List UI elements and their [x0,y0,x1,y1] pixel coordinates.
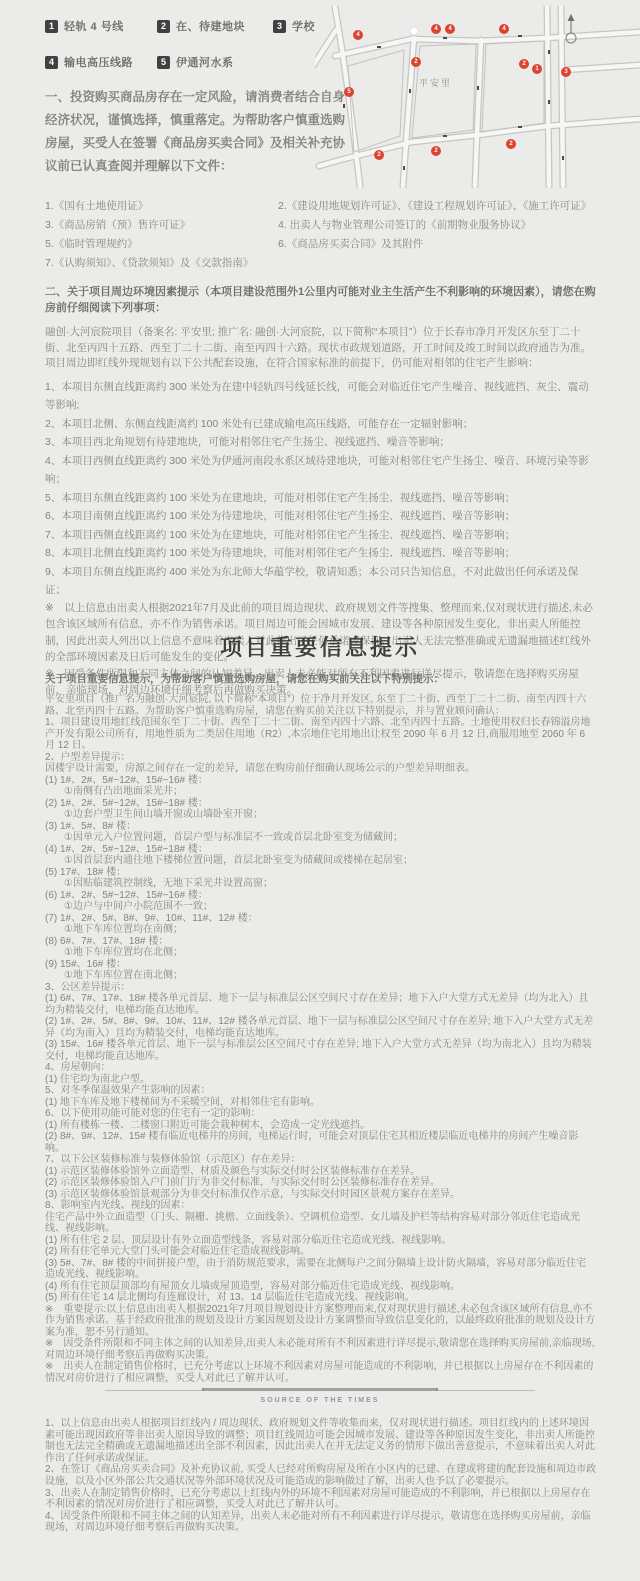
document-item: 5.《临时管理规约》 [45,235,278,254]
text-line: 住宅产品中外立面造型（门头、隔栅、挑檐、立面线条）、空调机位造型、女儿墙及护栏等… [45,1212,595,1235]
map-marker: 3 [561,67,571,77]
map-marker-number: 2 [509,141,512,147]
map-legend: 1 轻轨 4 号线 2 在、待建地块 3 学校 4 输电高压线路 5 伊通河水系 [45,18,315,70]
environment-section-heading: 二、关于项目周边环境因素提示（本项目建设范围外1公里内可能对业主生活产生不利影响… [45,284,597,316]
map-marker: 2 [374,150,384,160]
page-title: 项目重要信息提示 [0,631,640,662]
map-roads [315,6,640,188]
text-line: ①因贴临建筑控制线，无地下采光井设置高窗； [45,878,595,890]
important-lines: 平安里项目（推广名为融创·大河宸院, 以下简称“本项目”）位于净月开发区, 东至… [45,694,595,1384]
document-item: 4. 出卖人与物业管理公司签订的《前期物业服务协议》 [278,216,605,235]
text-line: (2) 8#、9#、12#、15# 楼有临近电梯井的房间，电梯运行时，可能会对顶… [45,1131,595,1154]
map-marker: 2 [506,139,516,149]
map-marker-number: 1 [535,66,538,72]
footer-paragraph: 3、出卖人在制定销售价格时，已充分考虑以上红线内外的环境不利因素对房屋可能造成的… [45,1488,597,1511]
text-line: (7) 1#、2#、5#、8#、9#、10#、11#、12# 楼： [45,913,595,925]
text-line: ①南侧有凸出地面采光井； [45,786,595,798]
risk-intro-paragraph: 一、投资购买商品房存在一定风险，请消费者结合自身经济状况，谨慎选择，慎重落定。为… [45,86,351,178]
project-location-dot [410,27,418,35]
environment-item: 1、本项目东侧直线距离约 300 米处为在建中轻轨四号线延长线，可能会对临近住宅… [45,378,597,415]
text-line: (3) 示范区装修体验馆景观部分为非交付标准仅作示意，与实际交付时园区景观方案存… [45,1189,595,1201]
text-line: 6、以下使用功能可能对您的住宅有一定的影响： [45,1108,595,1120]
legend-number-badge: 2 [157,20,170,33]
text-line: (3) 5#、7#、8# 楼的中间拼接户型，由于消防规范要求，需要在北侧每户之间… [45,1258,595,1281]
map-marker: 2 [411,57,421,67]
text-line: (2) 1#、2#、5#~12#、15#~18# 楼： [45,798,595,810]
text-line: (1) 1#、2#、5#~12#、15#~16# 楼： [45,775,595,787]
text-line: ①边套户型卫生间山墙开窗或山墙卧室开窗； [45,809,595,821]
environment-item: 5、本项目东侧直线距离约 100 米处为在建地块，可能对相邻住宅产生扬尘、视线遮… [45,489,597,508]
legend-number-badge: 4 [45,56,58,69]
map-marker: 4 [445,24,455,34]
environment-paragraphs: 融创·大河宸院项目（备案名: 平安里; 推广名: 融创·大河宸院，以下简称“本项… [45,325,597,372]
text-line: (4) 所有住宅顶层顶部均有屋顶女儿墙或屋顶造型，容易对部分临近住宅造成光线、视… [45,1281,595,1293]
section-divider: SOURCE OF THE TIMES [0,1383,640,1411]
legend-item: 2 在、待建地块 [157,18,273,34]
legend-item: 4 输电高压线路 [45,54,157,70]
divider-label: SOURCE OF THE TIMES [0,1397,640,1404]
legend-item: 1 轻轨 4 号线 [45,18,157,34]
text-line: (1) 地下车库及地下楼梯间为不采暖空间，对相邻住宅有影响。 [45,1097,595,1109]
text-line: (6) 1#、2#、5#~12#、15#~16# 楼： [45,890,595,902]
text-line: (3) 1#、5#、8# 楼： [45,821,595,833]
documents-column-right: 2.《建设用地规划许可证》、《建设工程规划许可证》、《施工许可证》4. 出卖人与… [278,197,605,273]
map-marker: 4 [431,24,441,34]
legend-item-label: 伊通河水系 [176,54,234,70]
text-line: (2) 1#、2#、5#、8#、9#、10#、11#、12# 楼各单元首层、地下… [45,1016,595,1039]
map-marker: 2 [519,59,529,69]
text-line: ①边户与中间户小院范围不一致； [45,901,595,913]
text-line: 7、以下公区装修标准与装修体验馆（示范区）存在差异： [45,1154,595,1166]
map-marker-number: 2 [522,61,525,67]
text-line: ※ 因受条件所限和不同主体之间的认知差异,出卖人未必能对所有不利因素进行详尽提示… [45,1338,595,1361]
map-marker-number: 2 [414,59,417,65]
footer-paragraph: 4、因受条件所限和不同主体之间的认知差异，出卖人未必能对所有不利因素进行详尽提示… [45,1511,597,1534]
text-line: (1) 所有楼栋一楼、二楼窗口附近可能会栽种树木，会造成一定光线遮挡。 [45,1120,595,1132]
footer-notes: 1、以上信息由出卖人根据项目红线内 / 周边现状、政府规划文件等收集而来，仅对现… [45,1418,597,1534]
text-line: 4、房屋朝向： [45,1062,595,1074]
map-marker-number: 2 [377,152,380,158]
text-line: 3、公区差异提示： [45,982,595,994]
divider-thick-bar [202,1388,438,1391]
important-info-section: 关于项目重要信息提示，为帮助客户慎重选购房屋，请您在购买前关注以下特别提示： 平… [45,673,595,1384]
map-marker-number: 4 [502,26,505,32]
important-intro: 关于项目重要信息提示，为帮助客户慎重选购房屋，请您在购买前关注以下特别提示： [45,673,595,686]
document-item: 2.《建设用地规划许可证》、《建设工程规划许可证》、《施工许可证》 [278,197,605,216]
documents-list: 1.《国有土地使用证》3.《商品房销（预）售许可证》5.《临时管理规约》7.《认… [45,197,605,273]
paragraph: 融创·大河宸院项目（备案名: 平安里; 推广名: 融创·大河宸院，以下简称“本项… [45,325,597,356]
legend-item-label: 轻轨 4 号线 [64,18,124,34]
map-marker: 2 [431,146,441,156]
text-line: ①地下车库位置均在北侧； [45,947,595,959]
map-marker: 4 [499,24,509,34]
footer-paragraph: 1、以上信息由出卖人根据项目红线内 / 周边现状、政府规划文件等收集而来，仅对现… [45,1418,597,1464]
text-line: (1) 示范区装修体验馆外立面造型、材质及颜色与实际交付时公区装修标准存在差异。 [45,1166,595,1178]
location-map: 平安里 444422135222 [315,6,640,188]
map-marker-number: 3 [564,69,567,75]
text-line: (2) 示范区装修体验馆入户门前门厅为非交付标准，与实际交付时公区装修标准存在差… [45,1177,595,1189]
document-item: 6.《商品房买卖合同》及其附件 [278,235,605,254]
environment-items: 1、本项目东侧直线距离约 300 米处为在建中轻轨四号线延长线，可能会对临近住宅… [45,378,597,600]
map-marker: 4 [353,30,363,40]
legend-item-label: 输电高压线路 [64,54,133,70]
document-item: 3.《商品房销（预）售许可证》 [45,216,278,235]
text-line: 5、对冬季保温效果产生影响的因素： [45,1085,595,1097]
text-line: ※ 出卖人在制定销售价格时，已充分考虑以上环境不利因素对房屋可能造成的不利影响，… [45,1361,595,1384]
document-item: 7.《认购须知》、《贷款须知》及《交款指南》 [45,254,278,273]
text-line: ①因单元入户位置问题，首层户型与标准层不一致或首层北卧室变为储藏间； [45,832,595,844]
map-marker-number: 2 [434,148,437,154]
text-line: 平安里项目（推广名为融创·大河宸院, 以下简称“本项目”）位于净月开发区, 东至… [45,694,595,717]
legend-item: 5 伊通河水系 [157,54,273,70]
footer-paragraph: 2、在签订《商品房买卖合同》及补充协议前, 买受人已经对所购房屋及所在小区内的已… [45,1464,597,1487]
environment-item: 2、本项目北侧、东侧直线距离约 100 米处有已建成输电高压线路，可能存在一定辐… [45,415,597,434]
text-line: (8) 6#、7#、17#、18# 楼： [45,936,595,948]
text-line: (5) 17#、18# 楼： [45,867,595,879]
text-line: (3) 15#、16# 楼各单元首层、地下一层与标准层公区空间尺寸存在差异; 地… [45,1039,595,1062]
text-line: 2、户型差异提示： [45,752,595,764]
text-line: (1) 住宅均为南北户型。 [45,1074,595,1086]
document-item: 1.《国有土地使用证》 [45,197,278,216]
environment-item: 9、本项目东侧直线距离约 400 米处为东北师大华蕴学校，敬请知悉；本公司只告知… [45,563,597,600]
legend-item-label: 学校 [292,18,315,34]
documents-column-left: 1.《国有土地使用证》3.《商品房销（预）售许可证》5.《临时管理规约》7.《认… [45,197,278,273]
map-place-label: 平安里 [419,76,452,89]
paragraph: 项目周边即红线外现规划有以下公共配套设施，在符合国家标准的前提下，仍可能对相邻的… [45,356,597,372]
text-line: ①地下车库位置在南北侧； [45,970,595,982]
text-line: (4) 1#、2#、5#~12#、15#~18# 楼： [45,844,595,856]
text-line: ※ 重要提示:以上信息由出卖人根据2021年7月项目规划设计方案整理而来,仅对现… [45,1304,595,1339]
text-line: 1、项目建设用地红线范围东至丁二十街、西至丁二十二街、南至丙四十六路、北至丙四十… [45,717,595,752]
legend-item: 3 学校 [273,18,315,34]
map-marker-number: 4 [448,26,451,32]
map-marker: 1 [532,64,542,74]
text-line: (2) 所有住宅单元大堂门头可能会对临近住宅造成视线影响。 [45,1246,595,1258]
environment-item: 8、本项目北侧直线距离约 100 米处为待建地块，可能对相邻住宅产生扬尘、视线遮… [45,544,597,563]
environment-item: 4、本项目西侧直线距离约 300 米处为伊通河南段水系区域待建地块，可能对相邻住… [45,452,597,489]
map-marker-number: 4 [356,32,359,38]
legend-item-label: 在、待建地块 [176,18,245,34]
text-line: 因楼宇设计需要，房源之间存在一定的差异，请您在购房前仔细确认现场公示的户型差异明… [45,763,595,775]
text-line: ①因首层套内通往地下楼梯位置问题，首层北卧室变为储藏间或楼梯在起居室； [45,855,595,867]
text-line: 8、影响室内光线、视线的因素： [45,1200,595,1212]
text-line: ①地下车库位置均在南侧； [45,924,595,936]
environment-item: 7、本项目西侧直线距离约 100 米处为在建地块，可能对相邻住宅产生扬尘、视线遮… [45,526,597,545]
legend-number-badge: 5 [157,56,170,69]
environment-item: 6、本项目南侧直线距离约 100 米处为待建地块，可能对相邻住宅产生扬尘、视线遮… [45,507,597,526]
legend-number-badge: 3 [273,20,286,33]
text-line: (9) 15#、16# 楼： [45,959,595,971]
text-line: (1) 所有住宅 2 层、顶层设计有外立面造型线条，容易对部分临近住宅造成光线、… [45,1235,595,1247]
text-line: (5) 所有住宅 14 层北侧均有连廊设计，对 13、14 层临近住宅造成光线、… [45,1292,595,1304]
environment-item: 3、本项目西北角规划有待建地块，可能对相邻住宅产生扬尘、视线遮挡、噪音等影响； [45,433,597,452]
legend-number-badge: 1 [45,20,58,33]
map-marker-number: 4 [434,26,437,32]
text-line: (1) 6#、7#、17#、18# 楼各单元首层、地下一层与标准层公区空间尺寸存… [45,993,595,1016]
